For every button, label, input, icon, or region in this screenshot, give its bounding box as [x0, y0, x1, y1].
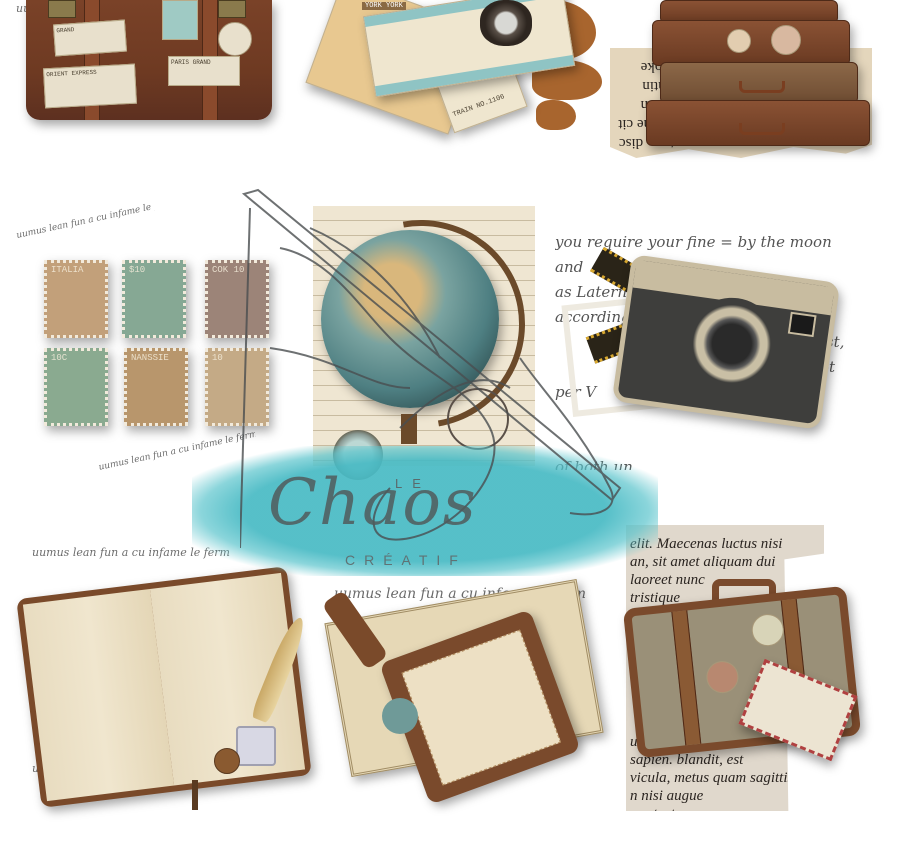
tile-open-notebook: uumus lean fun a cu infame le ferm uumus…	[20, 540, 310, 820]
suitcase-handle	[739, 81, 785, 93]
suitcase-handle	[739, 123, 785, 135]
ticket-sticker: GRAND	[53, 20, 127, 57]
watermark-chaos: Chaos	[268, 466, 478, 540]
latin-line: vicula, metus quam sagittis	[630, 769, 793, 787]
ticket-sticker: PARIS GRAND	[168, 56, 240, 86]
round-sticker	[727, 29, 751, 53]
ticket-sticker: ORIENT EXPRESS	[43, 64, 137, 109]
stamp-colosseum: ITALIA	[44, 260, 108, 338]
camera-lens	[680, 292, 784, 396]
round-sticker	[218, 22, 252, 56]
tile-stacked-suitcases: ture, disc gh the cit Ipsun Latin looke	[610, 0, 913, 165]
stamp-liberty-green: 10C	[44, 348, 108, 426]
ticket-sticker-teal	[162, 0, 198, 40]
suitcase-latch	[48, 0, 76, 18]
suitcase-latch	[218, 0, 246, 18]
latin-line: n nisi augue	[630, 787, 793, 805]
round-sticker-red	[705, 659, 740, 694]
suitcase: GRAND ORIENT EXPRESS PARIS GRAND	[26, 0, 272, 120]
wax-seal-icon	[382, 698, 418, 734]
camera-viewfinder	[788, 312, 817, 337]
tile-tickets-goggles-map: TRAIN NO.1106 YORK YORK	[300, 0, 630, 140]
stamp-liberty: NANSSIE	[124, 348, 188, 426]
suitcase-stack-4	[646, 100, 870, 146]
world-map-piece	[536, 100, 576, 130]
watermark-creatif: CRÉATIF	[345, 552, 467, 568]
ink-cap	[214, 748, 240, 774]
inkwell-icon	[236, 726, 276, 766]
latin-line: ero turt	[630, 805, 793, 823]
luggage-tag-card	[402, 630, 561, 786]
round-sticker-red	[771, 25, 801, 55]
suitcase-stack-3	[660, 62, 858, 104]
goggles-icon	[480, 0, 532, 46]
bookmark-ribbon	[192, 780, 198, 810]
suitcase-stack-2	[652, 20, 850, 66]
round-sticker	[750, 612, 785, 647]
suitcase-strap	[671, 610, 701, 745]
notebook-left-page	[23, 589, 174, 801]
tile-luggage-tag-map: uumus lean fun a cu infame le ferm	[320, 570, 610, 800]
tile-vintage-suitcase: uumus lean fun a cu infame le ferm GRAND…	[0, 0, 300, 160]
ticket-city-label: YORK YORK	[362, 2, 406, 10]
stamp-colosseum-green: $10	[122, 260, 186, 338]
latin-line: vari	[630, 823, 793, 841]
